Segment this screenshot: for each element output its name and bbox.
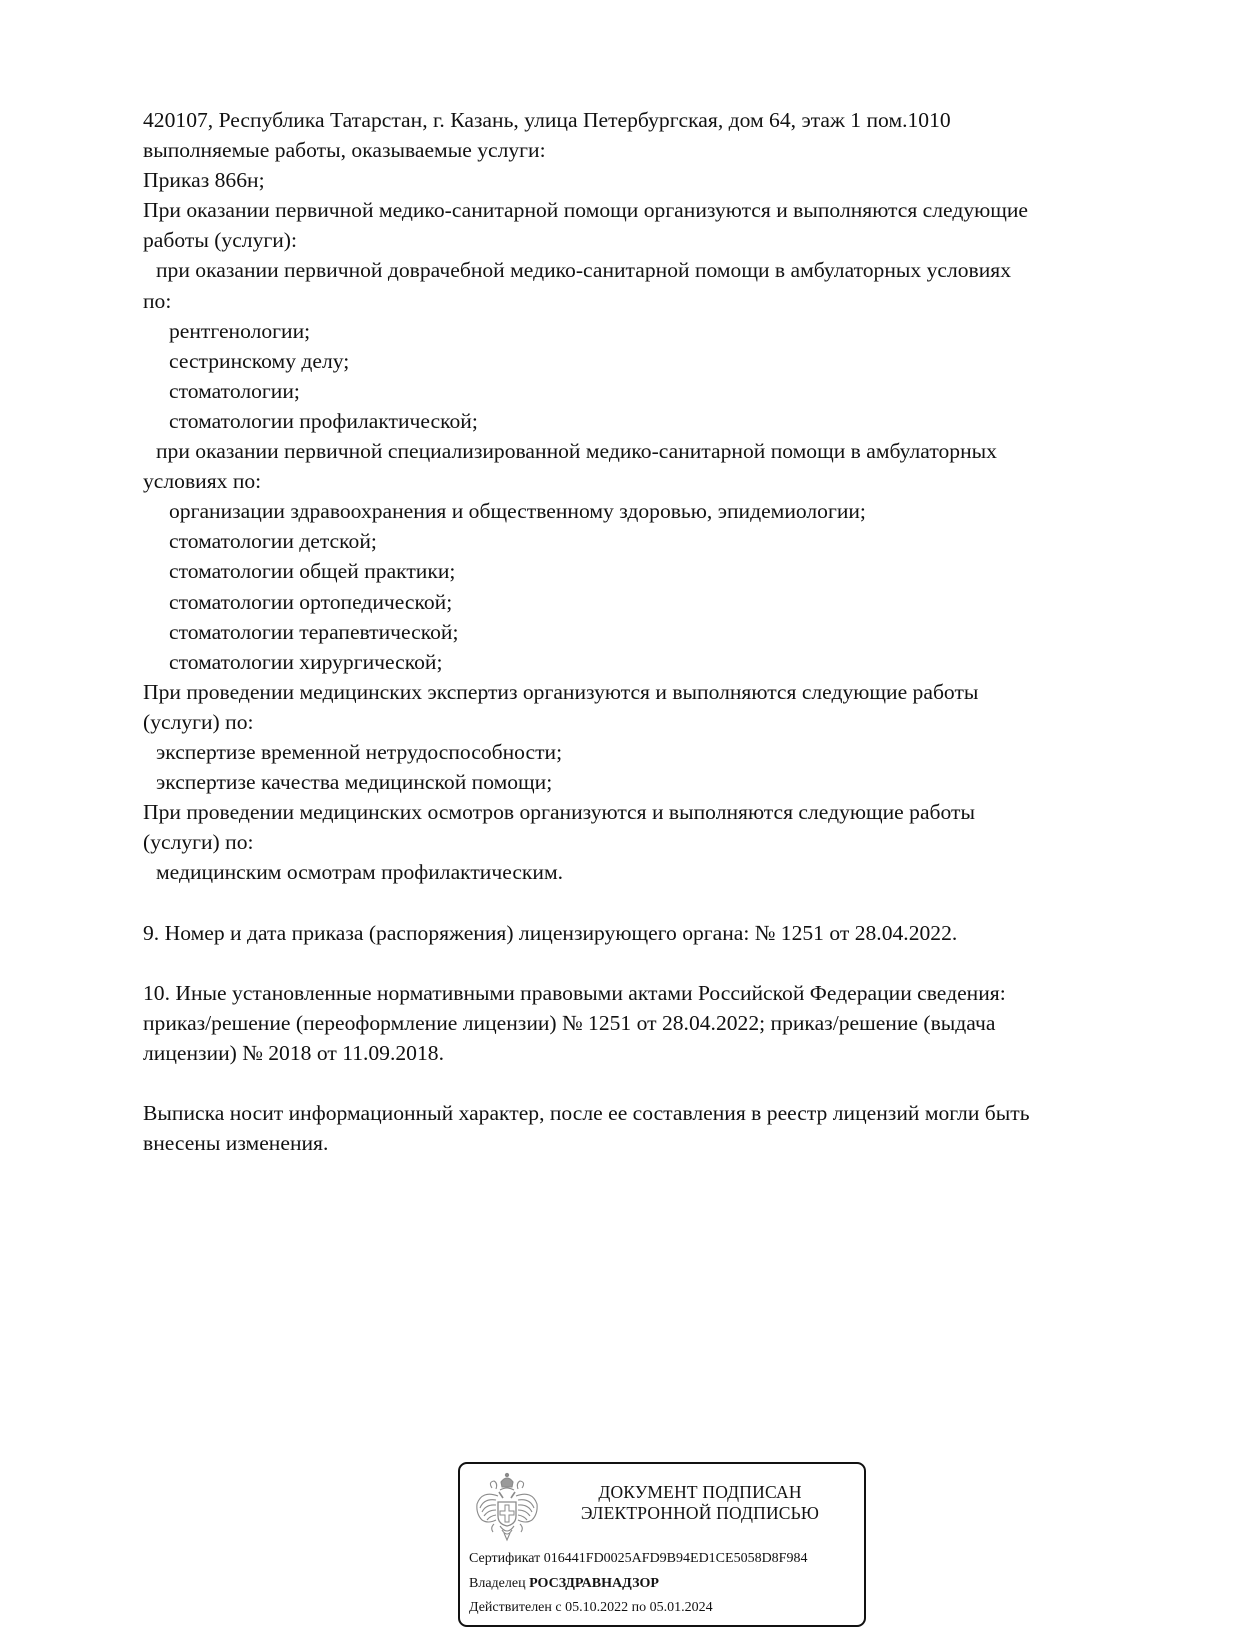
- document-line: при оказании первичной доврачебной медик…: [143, 255, 1153, 285]
- document-line: стоматологии общей практики;: [143, 556, 1153, 586]
- blank-line: [143, 948, 1153, 978]
- blank-line: [143, 887, 1153, 917]
- stamp-details: Сертификат 016441FD0025AFD9B94ED1CE5058D…: [469, 1547, 807, 1621]
- electronic-signature-stamp: ДОКУМЕНТ ПОДПИСАН ЭЛЕКТРОННОЙ ПОДПИСЬЮ С…: [458, 1462, 866, 1627]
- document-line: по:: [143, 286, 1153, 316]
- document-line: 10. Иные установленные нормативными прав…: [143, 978, 1153, 1008]
- document-line: внесены изменения.: [143, 1128, 1153, 1158]
- document-line: выполняемые работы, оказываемые услуги:: [143, 135, 1153, 165]
- document-line: стоматологии;: [143, 376, 1153, 406]
- document-body: 420107, Республика Татарстан, г. Казань,…: [143, 105, 1153, 1158]
- document-line: (услуги) по:: [143, 827, 1153, 857]
- document-line: при оказании первичной специализированно…: [143, 436, 1153, 466]
- document-line: стоматологии детской;: [143, 526, 1153, 556]
- certificate-line: Сертификат 016441FD0025AFD9B94ED1CE5058D…: [469, 1547, 807, 1572]
- stamp-title-line2: ЭЛЕКТРОННОЙ ПОДПИСЬЮ: [550, 1503, 850, 1524]
- document-line: стоматологии хирургической;: [143, 647, 1153, 677]
- document-line: стоматологии профилактической;: [143, 406, 1153, 436]
- document-line: организации здравоохранения и общественн…: [143, 496, 1153, 526]
- document-line: работы (услуги):: [143, 225, 1153, 255]
- owner-label: Владелец: [469, 1576, 526, 1591]
- document-line: стоматологии ортопедической;: [143, 587, 1153, 617]
- document-line: Выписка носит информационный характер, п…: [143, 1098, 1153, 1128]
- document-line: экспертизе качества медицинской помощи;: [143, 767, 1153, 797]
- document-line: 420107, Республика Татарстан, г. Казань,…: [143, 105, 1153, 135]
- document-line: При оказании первичной медико-санитарной…: [143, 195, 1153, 225]
- document-line: При проведении медицинских осмотров орга…: [143, 797, 1153, 827]
- certificate-label: Сертификат: [469, 1551, 540, 1566]
- document-line: стоматологии терапевтической;: [143, 617, 1153, 647]
- document-line: условиях по:: [143, 466, 1153, 496]
- document-line: приказ/решение (переоформление лицензии)…: [143, 1008, 1153, 1038]
- document-line: экспертизе временной нетрудоспособности;: [143, 737, 1153, 767]
- owner-line: Владелец РОСЗДРАВНАДЗОР: [469, 1572, 807, 1597]
- stamp-title-line1: ДОКУМЕНТ ПОДПИСАН: [550, 1482, 850, 1503]
- validity-line: Действителен с 05.10.2022 по 05.01.2024: [469, 1596, 807, 1621]
- document-line: 9. Номер и дата приказа (распоряжения) л…: [143, 918, 1153, 948]
- document-line: При проведении медицинских экспертиз орг…: [143, 677, 1153, 707]
- document-line: Приказ 866н;: [143, 165, 1153, 195]
- owner-value: РОСЗДРАВНАДЗОР: [529, 1576, 659, 1591]
- document-line: сестринскому делу;: [143, 346, 1153, 376]
- blank-line: [143, 1068, 1153, 1098]
- document-line: медицинским осмотрам профилактическим.: [143, 857, 1153, 887]
- stamp-title: ДОКУМЕНТ ПОДПИСАН ЭЛЕКТРОННОЙ ПОДПИСЬЮ: [550, 1482, 850, 1523]
- document-line: рентгенологии;: [143, 316, 1153, 346]
- certificate-value: 016441FD0025AFD9B94ED1CE5058D8F984: [544, 1551, 808, 1566]
- coat-of-arms-emblem-icon: [474, 1470, 540, 1542]
- document-line: лицензии) № 2018 от 11.09.2018.: [143, 1038, 1153, 1068]
- document-line: (услуги) по:: [143, 707, 1153, 737]
